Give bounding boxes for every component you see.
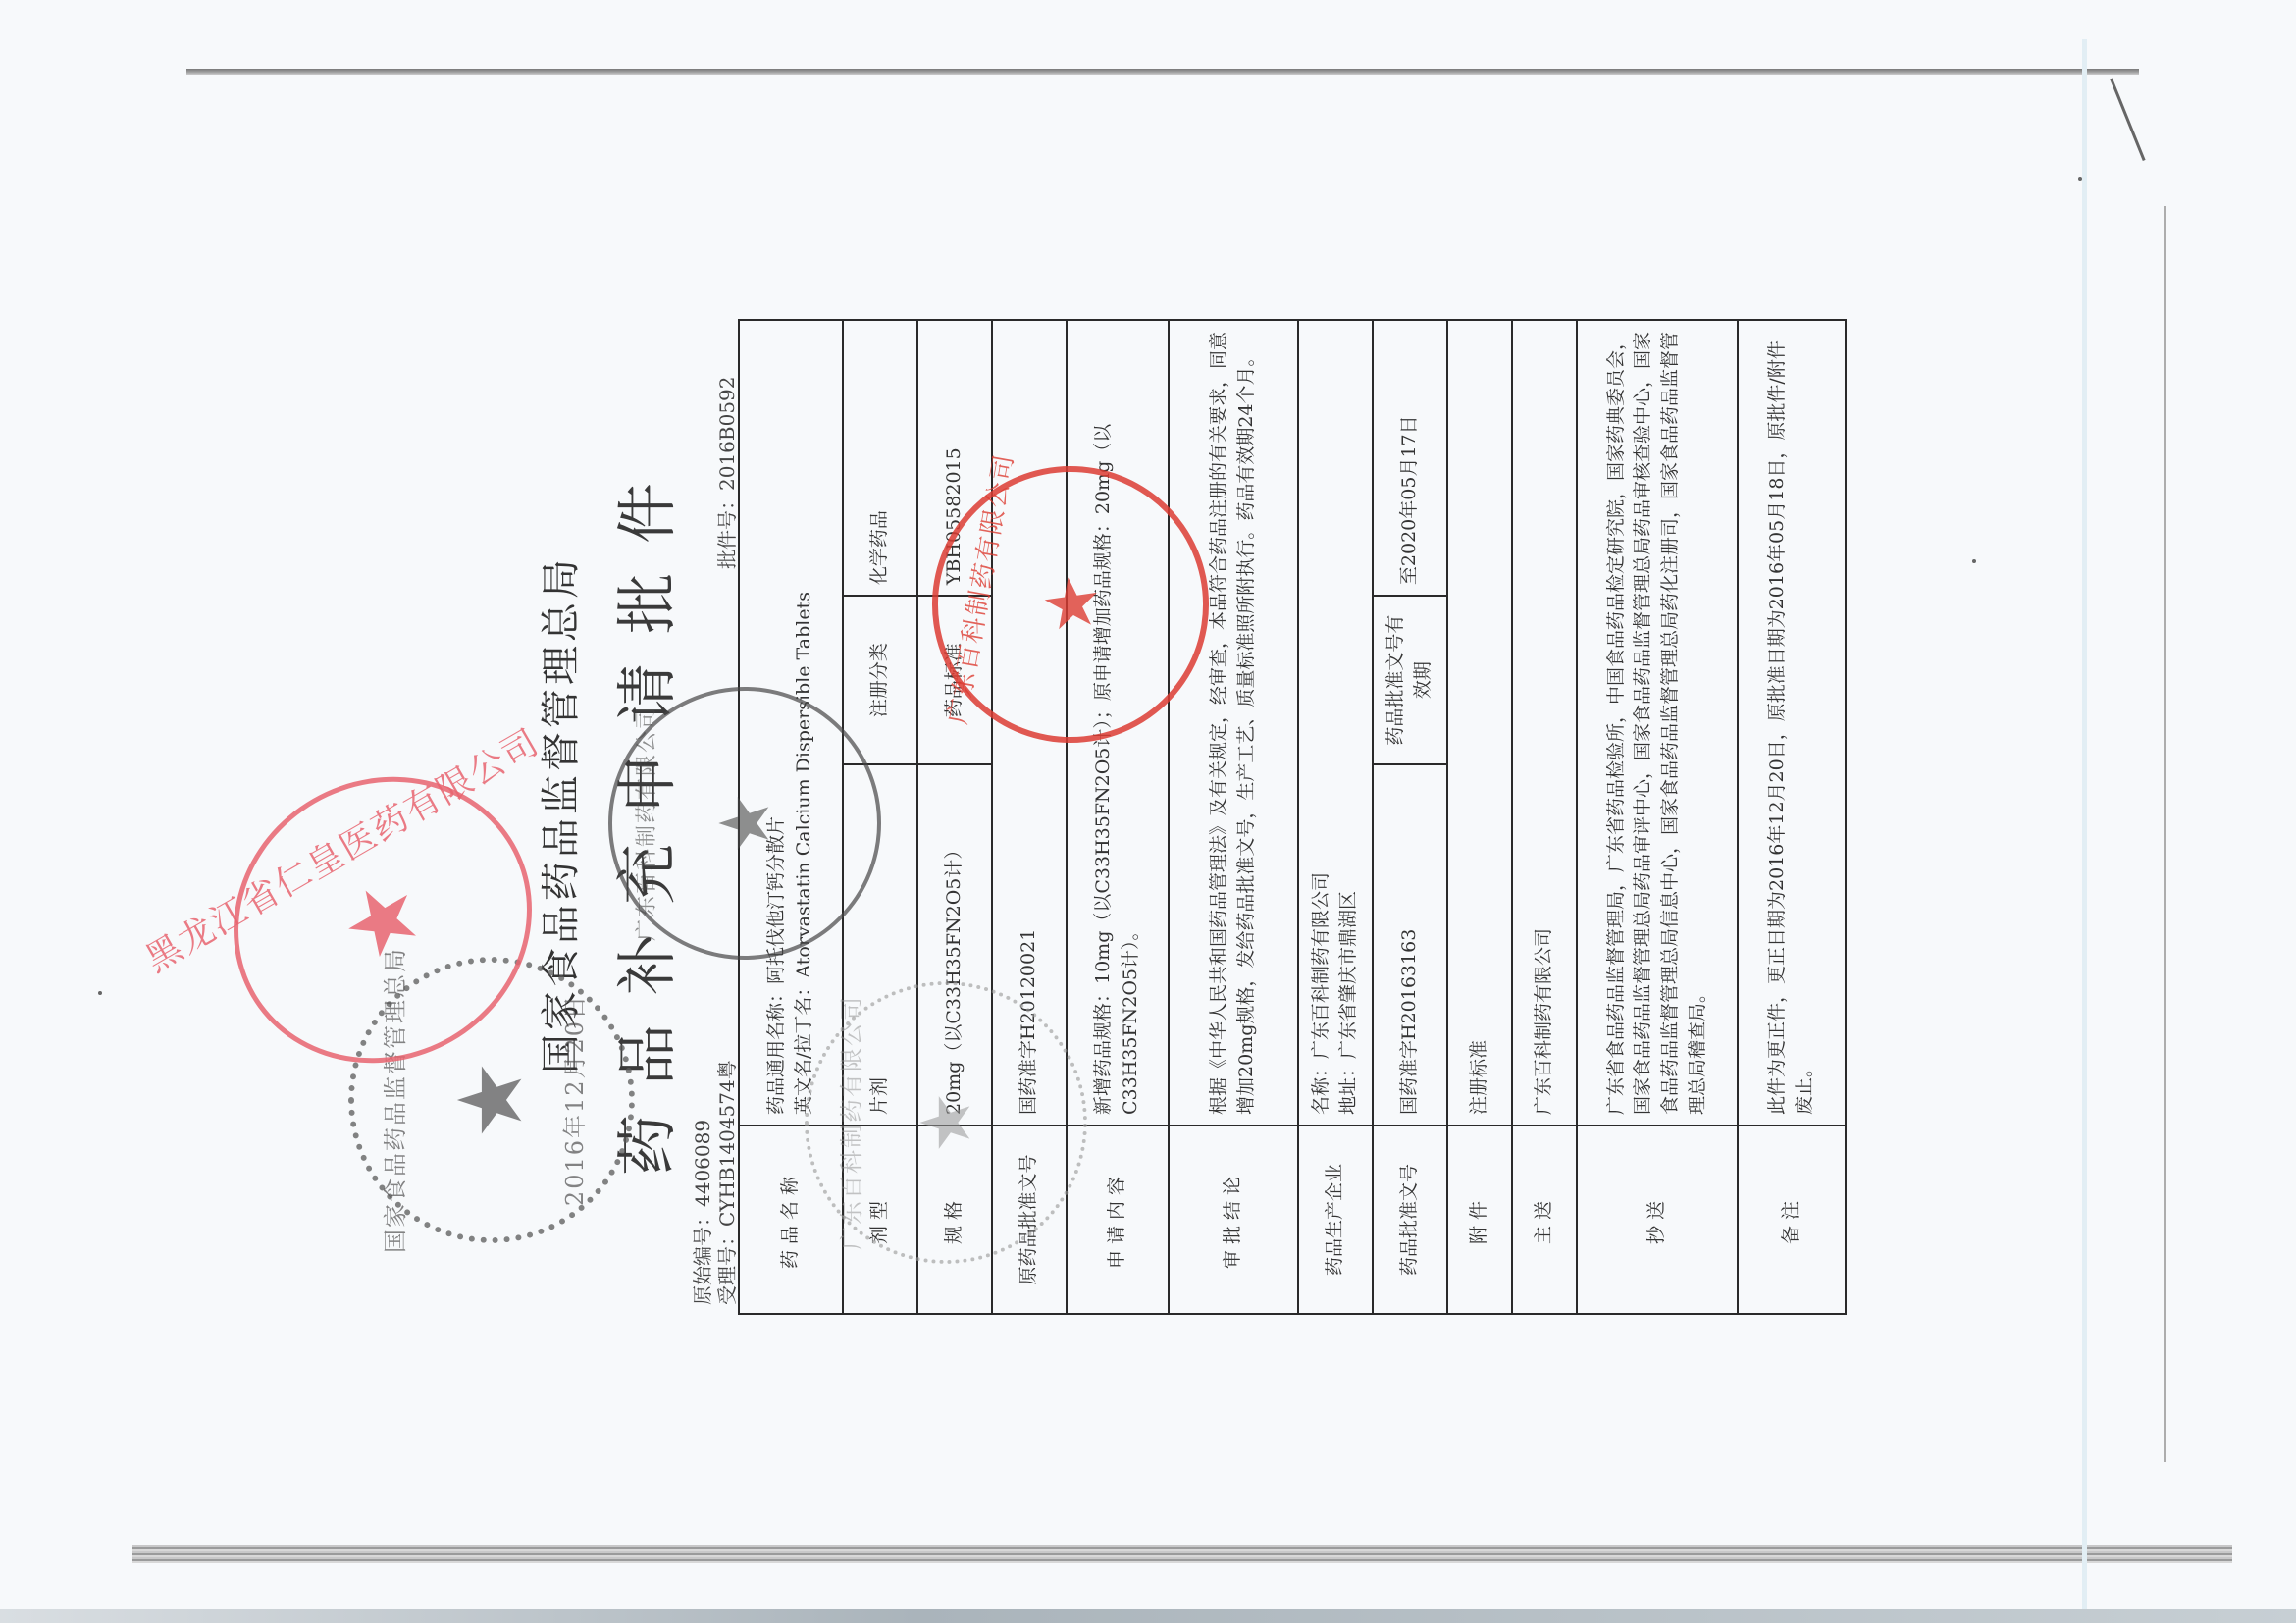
cc-label: 抄送 [1577, 1126, 1738, 1314]
agency-name: 国家食品药品监督管理总局 [530, 304, 586, 1325]
remarks-label: 备注 [1738, 1126, 1846, 1314]
table-row-original-approval: 原药品批准文号 国药准字H20120021 [992, 320, 1067, 1314]
scan-border-top [186, 69, 2139, 75]
table-row-specification: 规格 20mg（以C33H35FN2O5计） 药品标准 YBH05582015 [917, 320, 992, 1314]
scan-speck [98, 991, 102, 995]
table-row-cc: 抄送 广东省食品药品监督管理局，广东省药品检验所，中国食品药品检定研究院，国家药… [1577, 320, 1738, 1314]
manufacturer-value: 名称：广东百科制药有限公司 地址：广东省肇庆市鼎湖区 [1298, 320, 1373, 1126]
table-row-main-recipient: 主送 广东百科制药有限公司 [1512, 320, 1577, 1314]
drug-name-value: 药品通用名称：阿托伐他汀钙分散片 英文名/拉丁名：Atorvastatin Ca… [739, 320, 843, 1126]
table-row-approval-number: 药品批准文号 国药准字H20163163 药品批准文号有效期 至2020年05月… [1373, 320, 1447, 1314]
scan-speck [1972, 559, 1976, 563]
corner-fold-mark [2110, 78, 2145, 161]
approval-document: 国家食品药品监督管理总局 药品补充申请批件 原始编号：4406089 受理号：C… [500, 304, 1678, 1325]
approval-doc-number: 批件号：2016B0592 [711, 377, 740, 570]
approval-number-label: 药品批准文号 [1373, 1126, 1447, 1314]
drug-standard-value: YBH05582015 [917, 320, 992, 596]
table-row-remarks: 备注 此件为更正件，更正日期为2016年12月20日，原批准日期为2016年05… [1738, 320, 1846, 1314]
table-row-conclusion: 审批结论 根据《中华人民共和国药品管理法》及有关规定，经审查，本品符合药品注册的… [1169, 320, 1298, 1314]
specification-value: 20mg（以C33H35FN2O5计） [917, 764, 992, 1126]
table-row-attachment: 附件 注册标准 [1447, 320, 1512, 1314]
drug-name-label: 药品名称 [739, 1126, 843, 1314]
original-approval-value: 国药准字H20120021 [992, 320, 1067, 1126]
cc-value: 广东省食品药品监督管理局，广东省药品检验所，中国食品药品检定研究院，国家药典委员… [1577, 320, 1738, 1126]
dosage-form-value: 片剂 [843, 764, 917, 1126]
registration-class-value: 化学药品 [843, 320, 917, 596]
conclusion-value: 根据《中华人民共和国药品管理法》及有关规定，经审查，本品符合药品注册的有关要求，… [1169, 320, 1298, 1126]
application-content-value: 新增药品规格：10mg（以C33H35FN2O5计）；原申请增加药品规格：20m… [1067, 320, 1169, 1126]
conclusion-label: 审批结论 [1169, 1126, 1298, 1314]
dosage-form-label: 剂型 [843, 1126, 917, 1314]
table-row-manufacturer: 药品生产企业 名称：广东百科制药有限公司 地址：广东省肇庆市鼎湖区 [1298, 320, 1373, 1314]
main-recipient-label: 主送 [1512, 1126, 1577, 1314]
scan-border-right [2164, 206, 2166, 1462]
main-recipient-value: 广东百科制药有限公司 [1512, 320, 1577, 1126]
drug-standard-label: 药品标准 [917, 596, 992, 764]
validity-label: 药品批准文号有效期 [1373, 596, 1447, 764]
attachment-value: 注册标准 [1447, 320, 1512, 1126]
manufacturer-label: 药品生产企业 [1298, 1126, 1373, 1314]
validity-value: 至2020年05月17日 [1373, 320, 1447, 596]
document-title: 药品补充申请批件 [599, 304, 686, 1325]
remarks-value: 此件为更正件，更正日期为2016年12月20日，原批准日期为2016年05月18… [1738, 320, 1846, 1126]
specification-label: 规格 [917, 1126, 992, 1314]
attachment-label: 附件 [1447, 1126, 1512, 1314]
star-icon: ★ [327, 862, 440, 977]
rotated-document: 国家食品药品监督管理总局 药品补充申请批件 原始编号：4406089 受理号：C… [500, 304, 1678, 1325]
application-content-label: 申请内容 [1067, 1126, 1169, 1314]
approval-number-value: 国药准字H20163163 [1373, 764, 1447, 1126]
original-approval-label: 原药品批准文号 [992, 1126, 1067, 1314]
scan-speck [2078, 177, 2082, 181]
acceptance-number: 受理号：CYHB1404574粤 [711, 1060, 740, 1305]
registration-class-label: 注册分类 [843, 596, 917, 764]
scan-strip [2082, 39, 2087, 1609]
table-row-drug-name: 药品名称 药品通用名称：阿托伐他汀钙分散片 英文名/拉丁名：Atorvastat… [739, 320, 843, 1314]
scan-border-bottom [132, 1545, 2232, 1563]
approval-form-table: 药品名称 药品通用名称：阿托伐他汀钙分散片 英文名/拉丁名：Atorvastat… [738, 319, 1847, 1315]
table-row-dosage-form: 剂型 片剂 注册分类 化学药品 [843, 320, 917, 1314]
scanner-bottom-band [0, 1609, 2296, 1623]
table-row-application-content: 申请内容 新增药品规格：10mg（以C33H35FN2O5计）；原申请增加药品规… [1067, 320, 1169, 1314]
